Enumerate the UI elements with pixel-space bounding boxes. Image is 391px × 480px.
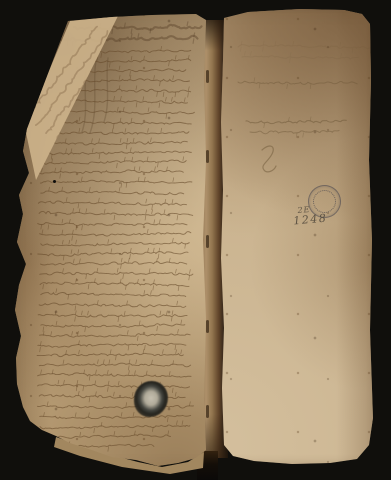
shelfmark-annotation: 2E 1248 — [292, 205, 328, 228]
stitch-mark — [206, 235, 209, 248]
photo-stage: 2E 1248 — [0, 0, 391, 480]
stitch-mark — [206, 405, 209, 418]
stitch-mark — [206, 320, 209, 333]
shelfmark-number: 1248 — [293, 213, 328, 227]
stitch-mark — [206, 150, 209, 163]
stitch-mark — [206, 70, 209, 83]
ink-blot — [134, 381, 168, 417]
worm-hole — [53, 180, 56, 183]
